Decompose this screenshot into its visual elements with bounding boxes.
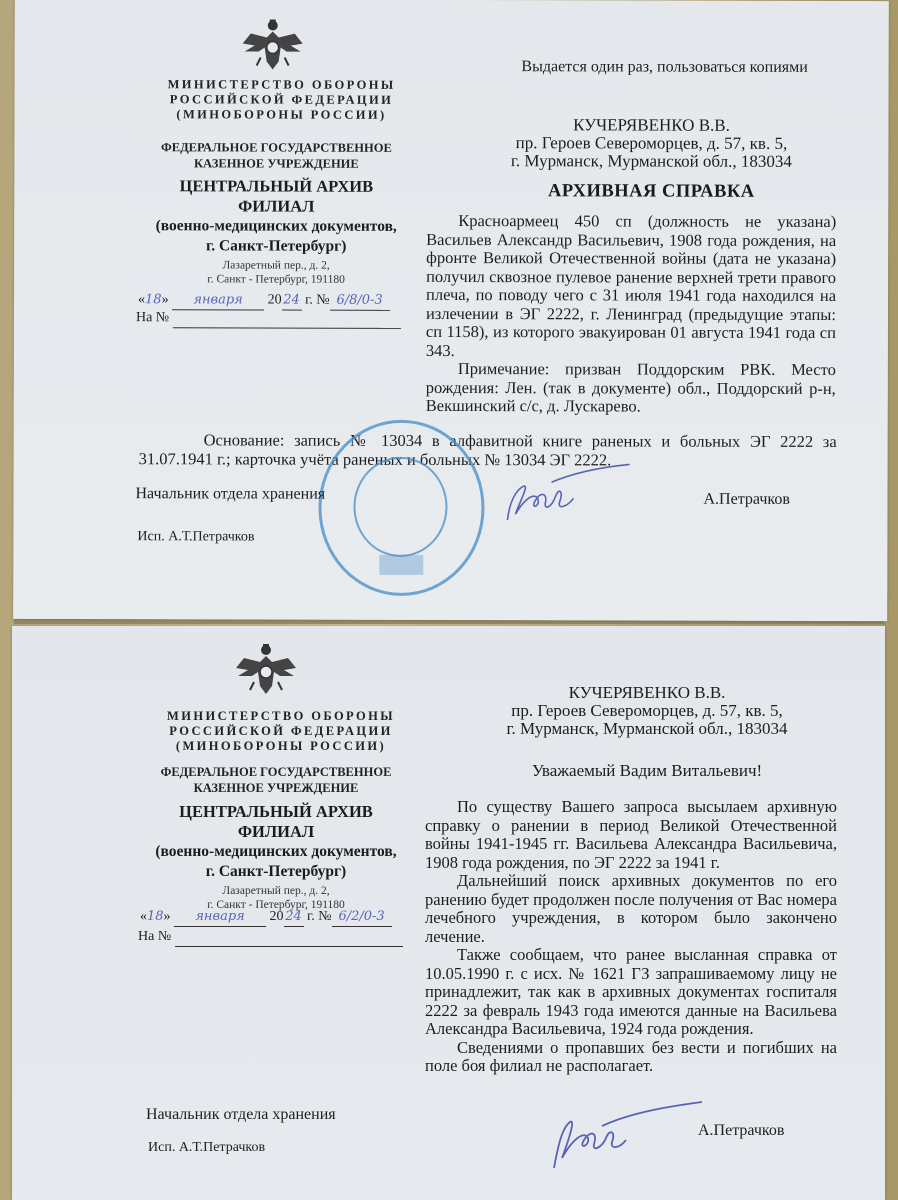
basis-text: Основание: запись № 13034 в алфавитной к… bbox=[139, 431, 837, 470]
recipient-name: КУЧЕРЯВЕНКО В.В. bbox=[452, 684, 842, 702]
outgoing-date-line: «18» января 2024 г. №6/2/0-3 bbox=[140, 908, 392, 927]
cover-letter-sheet: МИНИСТЕРСТВО ОБОРОНЫ РОССИЙСКОЙ ФЕДЕРАЦИ… bbox=[12, 626, 885, 1200]
official-round-stamp-icon bbox=[318, 420, 484, 596]
reference-number-line: На № bbox=[136, 309, 401, 329]
archive-name-line-1: ЦЕНТРАЛЬНЫЙ АРХИВ bbox=[126, 176, 426, 197]
recipient-address-line-2: г. Мурманск, Мурманской обл., 183034 bbox=[452, 720, 842, 738]
date-year: 24 bbox=[284, 908, 304, 927]
letter-paragraph: Сведениями о пропавших без вести и погиб… bbox=[425, 1039, 837, 1076]
double-headed-eagle-emblem-icon bbox=[234, 642, 298, 700]
archive-address-line-1: Лазаретный пер., д. 2, bbox=[126, 258, 426, 273]
institution-line-1: ФЕДЕРАЛЬНОЕ ГОСУДАРСТВЕННОЕ bbox=[126, 764, 426, 780]
signer-title: Начальник отдела хранения bbox=[146, 1106, 336, 1124]
double-headed-eagle-emblem-icon bbox=[241, 17, 305, 75]
archive-name-line-2: ФИЛИАЛ bbox=[126, 822, 426, 842]
ministry-name-line-2: РОССИЙСКОЙ ФЕДЕРАЦИИ bbox=[136, 724, 426, 739]
archive-name-line-1: ЦЕНТРАЛЬНЫЙ АРХИВ bbox=[126, 802, 426, 822]
archive-name-line-2: ФИЛИАЛ bbox=[126, 196, 426, 217]
copy-notice: Выдается один раз, пользоваться копиями bbox=[475, 58, 855, 77]
executor-name: Исп. А.Т.Петрачков bbox=[148, 1140, 265, 1156]
ministry-name-line-3: (МИНОБОРОНЫ РОССИИ) bbox=[136, 739, 426, 754]
executor-name: Исп. А.Т.Петрачков bbox=[137, 529, 254, 545]
institution-line-1: ФЕДЕРАЛЬНОЕ ГОСУДАРСТВЕННОЕ bbox=[126, 139, 426, 156]
outgoing-number: 6/2/0-3 bbox=[332, 908, 392, 927]
reference-number-line: На № bbox=[138, 928, 403, 947]
recipient-address-line-2: г. Мурманск, Мурманской обл., 183034 bbox=[456, 152, 846, 171]
archive-sub-line-1: (военно-медицинских документов, bbox=[126, 842, 426, 862]
certificate-paragraph: Красноармеец 450 сп (должность не указан… bbox=[426, 212, 836, 361]
archive-address-line-1: Лазаретный пер., д. 2, bbox=[126, 884, 426, 898]
certificate-body: Красноармеец 450 сп (должность не указан… bbox=[426, 212, 837, 417]
salutation: Уважаемый Вадим Витальевич! bbox=[452, 762, 842, 780]
archive-address-line-2: г. Санкт - Петербург, 191180 bbox=[126, 272, 426, 287]
outgoing-number: 6/8/0-3 bbox=[330, 292, 390, 311]
date-day: 18 bbox=[147, 909, 164, 924]
recipient-address-line-1: пр. Героев Североморцев, д. 57, кв. 5, bbox=[452, 702, 842, 720]
handwritten-signature-icon bbox=[532, 1096, 712, 1176]
ministry-name-line-2: РОССИЙСКОЙ ФЕДЕРАЦИИ bbox=[137, 92, 427, 108]
outgoing-date-line: «18» января 2024 г. №6/8/0-3 bbox=[138, 291, 390, 311]
date-month: января bbox=[174, 908, 266, 927]
archive-certificate-sheet: МИНИСТЕРСТВО ОБОРОНЫ РОССИЙСКОЙ ФЕДЕРАЦИ… bbox=[13, 0, 889, 621]
certificate-note: Примечание: призван Поддорским РВК. Мест… bbox=[426, 360, 836, 417]
signer-name: А.Петрачков bbox=[698, 1122, 784, 1140]
letter-body: По существу Вашего запроса высылаем архи… bbox=[425, 798, 837, 1076]
letter-paragraph: Также сообщаем, что ранее высланная спра… bbox=[425, 946, 837, 1039]
signer-title: Начальник отдела хранения bbox=[135, 485, 325, 503]
signer-name: А.Петрачков bbox=[703, 491, 789, 509]
archive-sub-line-1: (военно-медицинских документов, bbox=[126, 216, 426, 237]
date-year: 24 bbox=[282, 292, 302, 311]
letter-paragraph: По существу Вашего запроса высылаем архи… bbox=[425, 798, 837, 872]
letter-paragraph: Дальнейший поиск архивных документов по … bbox=[425, 872, 837, 946]
institution-line-2: КАЗЕННОЕ УЧРЕЖДЕНИЕ bbox=[126, 780, 426, 796]
archive-sub-line-2: г. Санкт-Петербург) bbox=[126, 862, 426, 882]
handwritten-signature-icon bbox=[489, 462, 639, 532]
archive-sub-line-2: г. Санкт-Петербург) bbox=[126, 236, 426, 257]
date-month: января bbox=[172, 291, 264, 310]
ministry-name-line-1: МИНИСТЕРСТВО ОБОРОНЫ bbox=[137, 77, 427, 93]
institution-line-2: КАЗЕННОЕ УЧРЕЖДЕНИЕ bbox=[126, 155, 426, 172]
ministry-name-line-1: МИНИСТЕРСТВО ОБОРОНЫ bbox=[136, 709, 426, 724]
date-day: 18 bbox=[145, 292, 162, 307]
document-title: АРХИВНАЯ СПРАВКА bbox=[456, 181, 846, 203]
ministry-name-line-3: (МИНОБОРОНЫ РОССИИ) bbox=[136, 107, 426, 123]
